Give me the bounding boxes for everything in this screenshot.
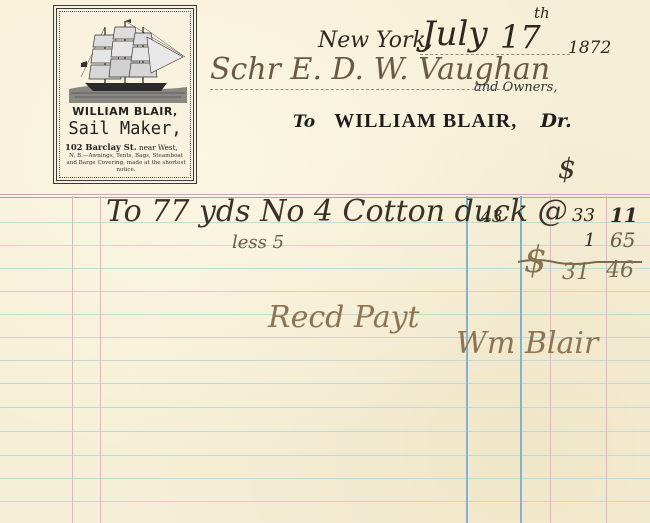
receipt-text: Recd Payt [268,300,420,335]
line-item-cents: 11 [610,203,638,227]
margin-line-left [72,196,73,523]
letterhead-address-note: near West, [139,143,178,152]
margin-line-right [100,196,101,523]
letterhead-trade: Sail Maker, [60,118,189,139]
total-currency: $ [524,240,547,281]
line-item-dollars: 33 [572,205,595,226]
date-month: July [422,14,488,54]
printed-to: To [293,112,315,132]
total-cents: 46 [606,258,634,283]
ruled-line [0,383,650,384]
addressee-printed-suffix: and Owners, [474,80,557,95]
ruled-line [0,478,650,479]
receipt-signature: Wm Blair [456,326,598,361]
discount-cents: 65 [610,228,635,252]
date-place: New York, [318,28,433,53]
ruled-line [0,268,650,269]
addressee-rule [210,89,510,90]
date-day-suffix: th [534,4,550,22]
date-day: 17 [500,18,541,56]
ruled-line [0,501,650,502]
printed-to-line: To WILLIAM BLAIR, Dr. [293,110,572,133]
discount-description: less 5 [232,232,284,253]
printed-dr: Dr. [540,110,571,132]
letterhead-note: N. B.—Awnings, Tents, Bags, Steamboat an… [65,153,187,174]
date-year: 1872 [568,38,611,58]
ruled-line [0,455,650,456]
line-item-rate: 43 [481,207,503,227]
ruled-line [0,407,650,408]
letterhead-street: 102 Barclay St. [65,142,137,152]
total-dollars: 31 [562,260,590,285]
ruled-line [0,431,650,432]
ruled-line [0,245,650,246]
sailing-ship-icon [67,17,189,103]
letterhead-name: WILLIAM BLAIR, [57,105,193,118]
letterhead-address: 102 Barclay St. near West, [65,142,189,152]
ruled-line [0,291,650,292]
letterhead-logo-box: WILLIAM BLAIR, Sail Maker, 102 Barclay S… [53,5,197,184]
printed-firm: WILLIAM BLAIR, [334,110,517,132]
discount-dollars: 1 [584,230,595,251]
cents-column-line [606,196,607,523]
invoice-paper: WILLIAM BLAIR, Sail Maker, 102 Barclay S… [0,0,650,523]
currency-header: $ [558,152,576,185]
